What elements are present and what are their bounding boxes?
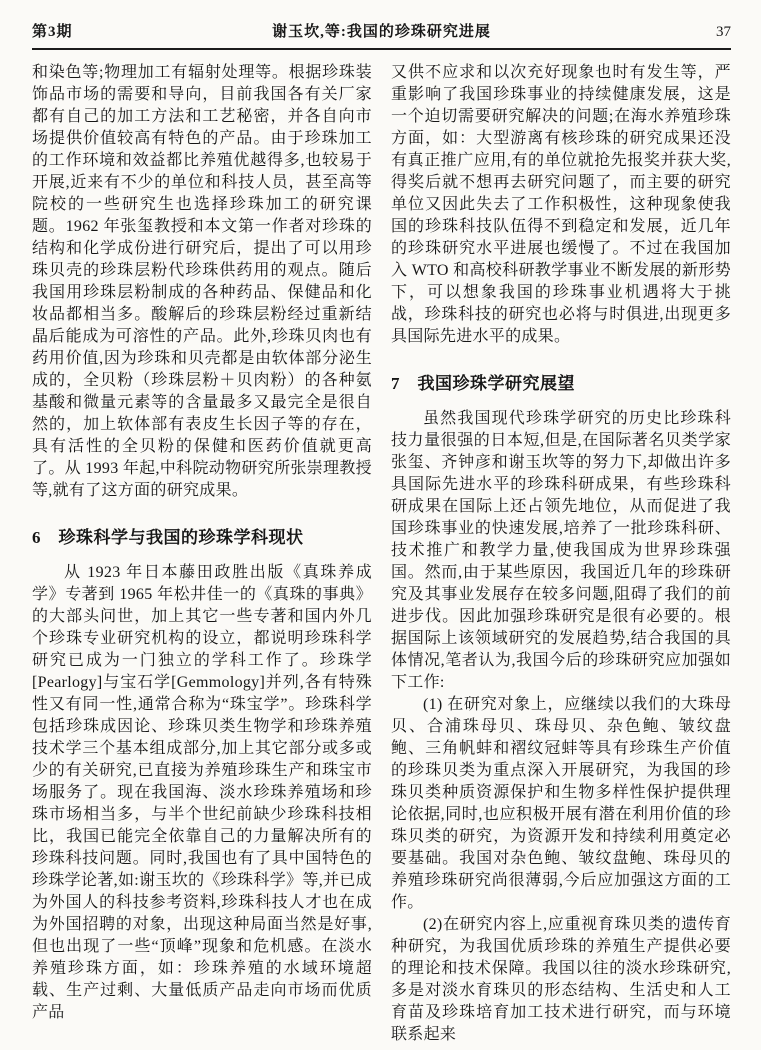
- section-6-heading: 6 珍珠科学与我国的珍珠学科现状: [32, 526, 372, 550]
- paragraph-point-2-research-content: (2)在研究内容上,应重视育珠贝类的遗传育种研究，为我国优质珍珠的养殖生产提供必…: [391, 914, 731, 1046]
- paragraph-research-outlook: 虽然我国现代珍珠学研究的历史比珍珠科技力量很强的日本短,但是,在国际著名贝类学家…: [391, 408, 731, 694]
- journal-page: 第3期 谢玉坎,等:我国的珍珠研究进展 37 和染色等;物理加工有辐射处理等。根…: [0, 0, 761, 1050]
- paragraph-industry-problems: 又供不应求和以次充好现象也时有发生等，严重影响了我国珍珠事业的持续健康发展，这是…: [391, 62, 731, 348]
- journal-issue: 第3期: [32, 20, 162, 41]
- section-7-heading: 7 我国珍珠学研究展望: [391, 372, 731, 396]
- right-column: 又供不应求和以次充好现象也时有发生等，严重影响了我国珍珠事业的持续健康发展，这是…: [391, 62, 731, 1046]
- page-number: 37: [601, 24, 731, 41]
- left-column: 和染色等;物理加工有辐射处理等。根据珍珠装饰品市场的需要和导向，目前我国各有关厂…: [32, 62, 372, 1046]
- paragraph-pearl-science-discipline: 从 1923 年日本藤田政胜出版《真珠养成学》专著到 1965 年松井佳一的《真…: [32, 562, 372, 1024]
- paragraph-point-1-research-subjects: (1) 在研究对象上，应继续以我们的大珠母贝、合浦珠母贝、珠母贝、杂色鲍、皱纹盘…: [391, 694, 731, 914]
- paragraph-pearl-processing-and-medicine: 和染色等;物理加工有辐射处理等。根据珍珠装饰品市场的需要和导向，目前我国各有关厂…: [32, 62, 372, 502]
- article-body: 和染色等;物理加工有辐射处理等。根据珍珠装饰品市场的需要和导向，目前我国各有关厂…: [32, 62, 731, 1046]
- page-header: 第3期 谢玉坎,等:我国的珍珠研究进展 37: [32, 20, 731, 41]
- header-rule: [32, 48, 731, 50]
- running-title: 谢玉坎,等:我国的珍珠研究进展: [162, 20, 601, 41]
